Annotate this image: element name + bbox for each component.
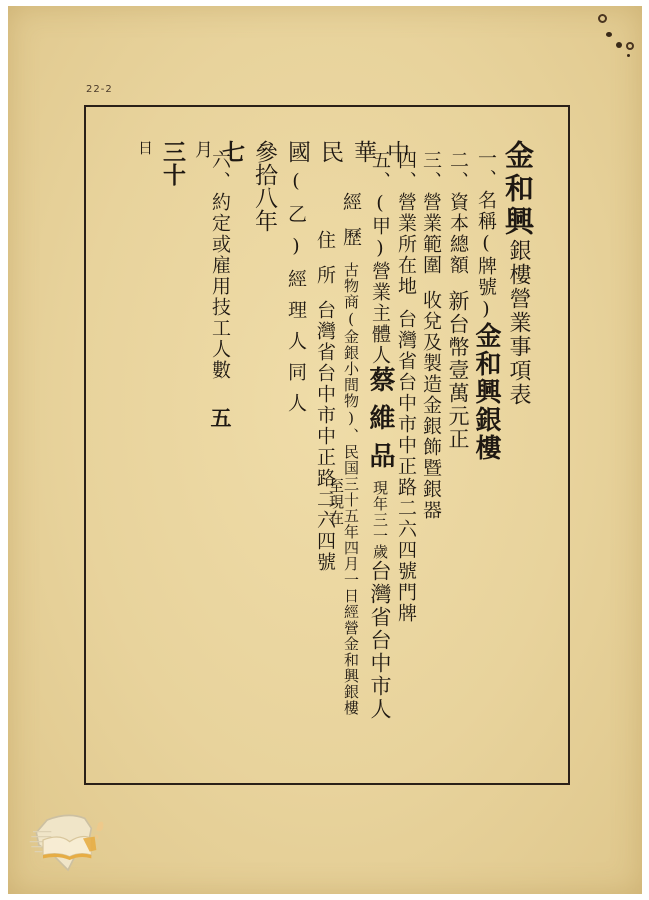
item-value: 新台幣壹萬元正	[446, 290, 470, 451]
date-year: 參拾八年	[248, 140, 281, 232]
paper-stain	[627, 54, 630, 57]
date-month: 七	[215, 140, 248, 278]
item-label: 一、名稱(牌號)	[475, 148, 497, 322]
title-business-name: 金和興	[501, 140, 535, 239]
proprietor-name: 蔡維品	[365, 366, 395, 480]
date-era-1: 中	[380, 140, 413, 268]
experience-tail: 至現在	[326, 478, 347, 526]
proprietor-origin: 台灣省台中市人	[368, 560, 392, 721]
date-day: 三十	[156, 140, 189, 260]
item-label: 二、資本總額	[447, 150, 469, 276]
paper-stain	[626, 42, 634, 50]
address-value: 台灣省台中市中正路二六四號	[314, 300, 336, 573]
title-suffix: 銀樓營業事項表	[506, 239, 531, 407]
date-era-3: 民	[314, 140, 347, 268]
paper-stain	[598, 14, 607, 23]
date-day-unit: 日	[135, 140, 156, 290]
date-month-unit: 月	[189, 140, 215, 262]
item-business-scope: 三、營業範圍收兌及製造金銀飾暨銀器	[418, 150, 445, 521]
item-value: 金和興銀樓	[471, 322, 501, 462]
date-era-4: 國	[281, 140, 314, 282]
item-capital: 二、資本總額新台幣壹萬元正	[443, 150, 473, 451]
item-label: 三、營業範圍	[420, 150, 442, 276]
item-value: 收兌及製造金銀飾暨銀器	[420, 290, 442, 521]
proprietor-age: 現年三一歲	[371, 480, 389, 560]
item-value: 五	[208, 407, 233, 430]
paper-stain	[616, 42, 622, 48]
reference-number: 22-2	[86, 84, 113, 95]
item-value: 同人	[285, 362, 307, 424]
paper-stain	[606, 32, 612, 37]
document-date: 中 華 民 國 參拾八年 七 月 三十 日	[135, 140, 413, 290]
archive-logo-icon	[18, 800, 118, 890]
item-name: 一、名稱(牌號)金和興銀樓	[468, 148, 505, 462]
date-era-2: 華	[347, 140, 380, 268]
